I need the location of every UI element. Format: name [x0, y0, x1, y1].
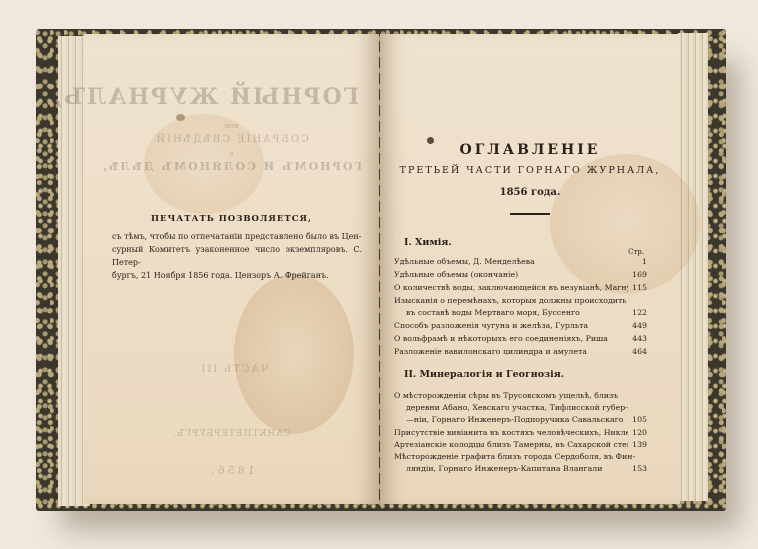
toc-entry: О мѣсторожденіи сѣры въ Трусовскомъ ущел… [394, 391, 647, 400]
show-through-line: ГОРНОМЪ И СОЛЯНОМЪ ДѢЛѢ, [84, 160, 379, 173]
toc-entry: О вольфрамѣ и нѣкоторыхъ его соединеніях… [394, 334, 647, 343]
toc-entry: Мѣсторожденіе графита близъ города Сердо… [394, 452, 647, 461]
left-page: ГОРНЫЙ ЖУРНАЛЪ, или СОБРАНІЕ СВѢДѢНІЙ о … [84, 34, 379, 504]
show-through-part: ЧАСТЬ III. [84, 364, 379, 375]
show-through-line: о [84, 150, 379, 158]
toc-subtitle: ТРЕТЬЕЙ ЧАСТИ ГОРНАГО ЖУРНАЛА, [380, 165, 680, 176]
show-through-year: 1856. [84, 464, 379, 477]
toc-entry: деревни Абано, Хевскаго участка, Тифлисс… [406, 403, 647, 412]
decorative-rule [510, 213, 550, 215]
show-through-city: САНКТПЕТЕРБУРГЪ. [84, 429, 379, 439]
toc-entry: Артезіанскіе колодцы близъ Тамерны, въ С… [394, 440, 647, 449]
censor-heading: ПЕЧАТАТЬ ПОЗВОЛЯЕТСЯ, [84, 214, 379, 224]
censor-line: сурный Комитетъ узаконенное число экземп… [112, 243, 362, 269]
water-stain [234, 274, 354, 434]
censor-line: бургъ, 21 Ноября 1856 года. Цензоръ А. Ф… [112, 269, 362, 282]
show-through-line: или [84, 122, 379, 130]
toc-entry: Присутствіе вивіанита въ костяхъ человѣч… [394, 428, 647, 437]
toc-title: ОГЛАВЛЕНІЕ [380, 142, 680, 158]
toc-entry: О количествѣ воды, заключающейся въ везу… [394, 283, 647, 292]
toc-year: 1856 года. [380, 187, 680, 198]
show-through-title: ГОРНЫЙ ЖУРНАЛЪ, [104, 84, 359, 110]
toc-entry: Изысканія о перемѣнахъ, которыя должны п… [394, 296, 647, 305]
toc-entry: Способъ разложенія чугуна и желѣза, Гурл… [394, 321, 647, 330]
right-page: ОГЛАВЛЕНІЕ ТРЕТЬЕЙ ЧАСТИ ГОРНАГО ЖУРНАЛА… [380, 34, 680, 504]
section-heading-chemistry: I. Химія. [404, 237, 452, 248]
toc-entry: —ніи, Горнаго Инженеръ-Подпоручика Савал… [406, 415, 647, 424]
section-heading-mineralogy: II. Минералогія и Геогнозія. [404, 369, 564, 380]
show-through-line: СОБРАНІЕ СВѢДѢНІЙ [84, 134, 379, 145]
toc-entry: въ составѣ воды Мертваго моря, Буссенго1… [406, 308, 647, 317]
toc-entry: ляндіи, Горнаго Инженеръ-Капитана Вланга… [406, 464, 647, 473]
toc-entry: Удѣльные объемы (окончаніе)169 [394, 270, 647, 279]
toc-entry: Разложеніе вавилонскаго цилиндра и амуле… [394, 347, 647, 356]
foxing-spot [176, 114, 185, 121]
censor-text: съ тѣмъ, чтобы по отпечатаніи представле… [112, 230, 362, 282]
censor-line: съ тѣмъ, чтобы по отпечатаніи представле… [112, 230, 362, 243]
toc-entry: Удѣльные объемы, Д. Менделѣева1 [394, 257, 647, 266]
page-column-label: Стр. [628, 248, 644, 256]
